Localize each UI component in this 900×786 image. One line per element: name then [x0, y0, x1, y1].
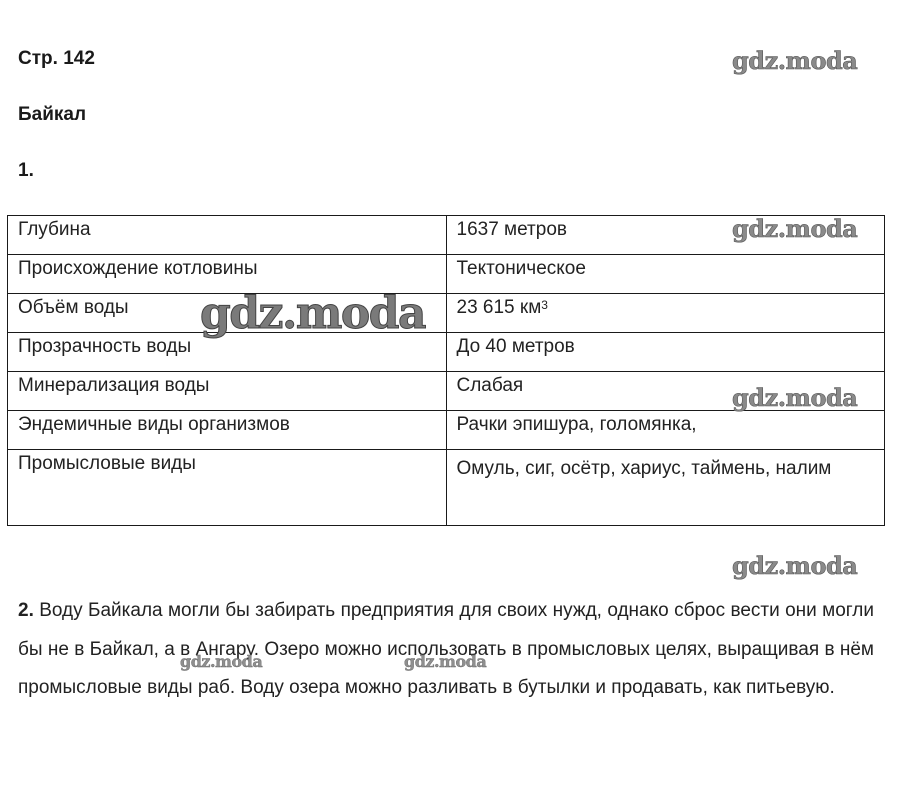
row-label: Объём воды [8, 294, 447, 333]
watermark-logo: gdz.moda [732, 46, 857, 75]
table-row: Прозрачность воды До 40 метров [8, 333, 885, 372]
answer-2-paragraph: 2. Воду Байкала могли бы забирать предпр… [18, 592, 874, 708]
row-value: 1637 метров [446, 216, 885, 255]
table-row: Глубина 1637 метров [8, 216, 885, 255]
row-value: Омуль, сиг, осётр, хариус, таймень, нали… [446, 450, 885, 526]
row-value: Рачки эпишура, голомянка, [446, 411, 885, 450]
page-number: Стр. 142 [18, 48, 95, 70]
row-label: Эндемичные виды организмов [8, 411, 447, 450]
table-row: Эндемичные виды организмов Рачки эпишура… [8, 411, 885, 450]
table-row: Объём воды 23 615 км3 [8, 294, 885, 333]
table-row: Промысловые виды Омуль, сиг, осётр, хари… [8, 450, 885, 526]
table-row: Минерализация воды Слабая [8, 372, 885, 411]
row-label: Происхождение котловины [8, 255, 447, 294]
topic-title: Байкал [18, 104, 86, 126]
row-label: Прозрачность воды [8, 333, 447, 372]
question-1-number: 1. [18, 160, 34, 182]
row-value: До 40 метров [446, 333, 885, 372]
watermark-logo: gdz.moda [732, 551, 857, 580]
superscript-cubed: 3 [541, 298, 548, 312]
row-label: Минерализация воды [8, 372, 447, 411]
answer-2-text: Воду Байкала могли бы забирать предприят… [18, 600, 874, 698]
row-label: Промысловые виды [8, 450, 447, 526]
row-value: 23 615 км3 [446, 294, 885, 333]
answer-2-number: 2. [18, 600, 34, 621]
lake-characteristics-table: Глубина 1637 метров Происхождение котлов… [7, 215, 885, 526]
row-value: Тектоническое [446, 255, 885, 294]
row-label: Глубина [8, 216, 447, 255]
table-row: Происхождение котловины Тектоническое [8, 255, 885, 294]
row-value: Слабая [446, 372, 885, 411]
